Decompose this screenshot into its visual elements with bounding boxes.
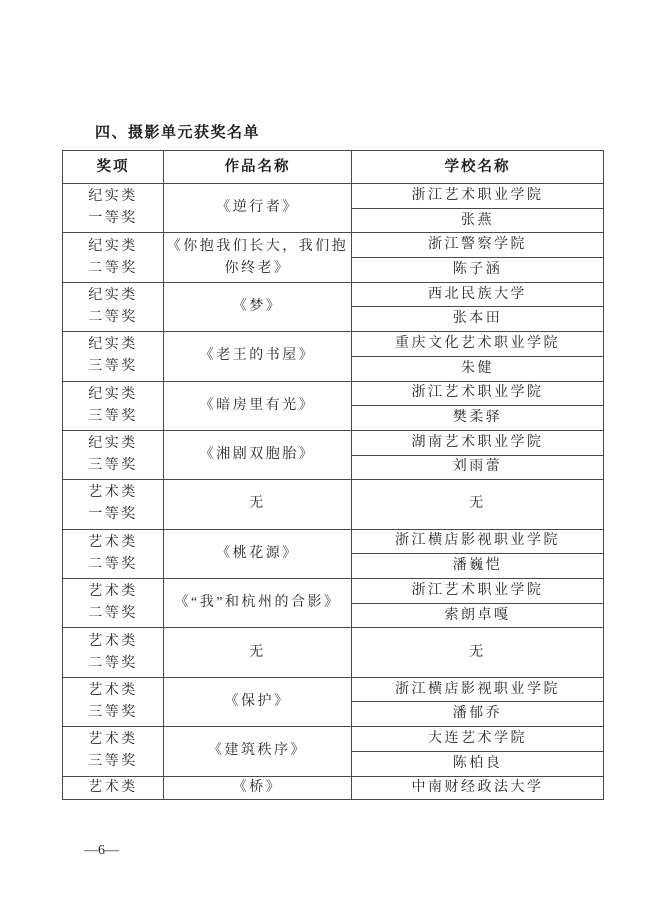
- table-row: 纪实类三等奖《暗房里有光》浙江艺术职业学院: [63, 381, 604, 406]
- award-cell: 纪实类三等奖: [63, 381, 164, 430]
- table-body: 纪实类一等奖《逆行者》浙江艺术职业学院张燕纪实类二等奖《你抱我们长大，我们抱你终…: [63, 184, 604, 800]
- work-title-cell: 《你抱我们长大，我们抱你终老》: [164, 233, 352, 282]
- table-header-row: 奖项 作品名称 学校名称: [63, 151, 604, 184]
- school-cell: 重庆文化艺术职业学院: [352, 332, 604, 357]
- school-cell: 无: [352, 480, 604, 529]
- school-cell: 浙江警察学院: [352, 233, 604, 258]
- award-cell: 艺术类三等奖: [63, 677, 164, 726]
- award-prize: 二等奖: [65, 307, 161, 329]
- award-category: 艺术类: [65, 729, 161, 751]
- award-prize: 一等奖: [65, 504, 161, 526]
- work-title-cell: 《逆行者》: [164, 184, 352, 233]
- author-cell: 陈子涵: [352, 258, 604, 283]
- school-cell: 浙江横店影视职业学院: [352, 677, 604, 702]
- table-row: 纪实类二等奖《梦》西北民族大学: [63, 282, 604, 307]
- work-title-cell: 《暗房里有光》: [164, 381, 352, 430]
- school-cell: 浙江艺术职业学院: [352, 381, 604, 406]
- author-cell: 张本田: [352, 307, 604, 332]
- award-cell: 艺术类二等奖: [63, 628, 164, 677]
- table-row: 纪实类三等奖《湘剧双胞胎》湖南艺术职业学院: [63, 430, 604, 455]
- award-prize: 二等奖: [65, 603, 161, 625]
- school-cell: 湖南艺术职业学院: [352, 430, 604, 455]
- award-category: 艺术类: [65, 777, 161, 799]
- award-prize: 三等奖: [65, 455, 161, 477]
- work-title-cell: 《“我”和杭州的合影》: [164, 579, 352, 628]
- award-prize: 三等奖: [65, 751, 161, 773]
- award-prize: 三等奖: [65, 406, 161, 428]
- table-row: 艺术类二等奖《“我”和杭州的合影》浙江艺术职业学院: [63, 579, 604, 604]
- school-cell: 西北民族大学: [352, 282, 604, 307]
- author-cell: 樊柔驿: [352, 406, 604, 431]
- award-cell: 艺术类三等奖: [63, 727, 164, 776]
- table-row: 纪实类二等奖《你抱我们长大，我们抱你终老》浙江警察学院: [63, 233, 604, 258]
- page-number: —6—: [84, 843, 119, 859]
- school-cell: 浙江艺术职业学院: [352, 579, 604, 604]
- table-row: 纪实类三等奖《老王的书屋》重庆文化艺术职业学院: [63, 332, 604, 357]
- author-cell: 索朗卓嘎: [352, 603, 604, 628]
- author-cell: 陈柏良: [352, 751, 604, 776]
- award-cell: 纪实类一等奖: [63, 184, 164, 233]
- award-prize: 二等奖: [65, 554, 161, 576]
- school-cell: 无: [352, 628, 604, 677]
- table-row: 艺术类《桥》中南财经政法大学: [63, 776, 604, 799]
- work-title-cell: 《建筑秩序》: [164, 727, 352, 776]
- col-header-work: 作品名称: [164, 151, 352, 184]
- work-title-cell: 无: [164, 480, 352, 529]
- award-cell: 纪实类二等奖: [63, 282, 164, 331]
- work-title-cell: 无: [164, 628, 352, 677]
- table-row: 艺术类二等奖无无: [63, 628, 604, 677]
- table-row: 艺术类三等奖《保护》浙江横店影视职业学院: [63, 677, 604, 702]
- award-category: 艺术类: [65, 581, 161, 603]
- work-title-cell: 《桥》: [164, 776, 352, 799]
- award-cell: 纪实类三等奖: [63, 332, 164, 381]
- author-cell: 潘郁乔: [352, 702, 604, 727]
- award-category: 纪实类: [65, 285, 161, 307]
- document-page: 四、摄影单元获奖名单 奖项 作品名称 学校名称 纪实类一等奖《逆行者》浙江艺术职…: [0, 0, 650, 919]
- award-category: 艺术类: [65, 631, 161, 653]
- work-title-cell: 《老王的书屋》: [164, 332, 352, 381]
- work-title-cell: 《保护》: [164, 677, 352, 726]
- table-row: 艺术类一等奖无无: [63, 480, 604, 529]
- award-cell: 艺术类二等奖: [63, 579, 164, 628]
- award-prize: 三等奖: [65, 356, 161, 378]
- author-cell: 朱健: [352, 356, 604, 381]
- award-cell: 艺术类一等奖: [63, 480, 164, 529]
- section-title: 四、摄影单元获奖名单: [95, 121, 260, 142]
- award-cell: 纪实类二等奖: [63, 233, 164, 282]
- award-prize: 一等奖: [65, 208, 161, 230]
- table-header: 奖项 作品名称 学校名称: [63, 151, 604, 184]
- award-category: 纪实类: [65, 433, 161, 455]
- work-title-cell: 《桃花源》: [164, 529, 352, 578]
- col-header-award: 奖项: [63, 151, 164, 184]
- award-category: 纪实类: [65, 236, 161, 258]
- school-cell: 中南财经政法大学: [352, 776, 604, 799]
- award-category: 纪实类: [65, 384, 161, 406]
- award-prize: 二等奖: [65, 258, 161, 280]
- award-cell: 艺术类: [63, 776, 164, 799]
- award-category: 艺术类: [65, 482, 161, 504]
- col-header-school: 学校名称: [352, 151, 604, 184]
- award-prize: 二等奖: [65, 653, 161, 675]
- award-cell: 纪实类三等奖: [63, 430, 164, 479]
- award-cell: 艺术类二等奖: [63, 529, 164, 578]
- work-title-cell: 《梦》: [164, 282, 352, 331]
- table-row: 纪实类一等奖《逆行者》浙江艺术职业学院: [63, 184, 604, 209]
- work-title-cell: 《湘剧双胞胎》: [164, 430, 352, 479]
- award-prize: 三等奖: [65, 702, 161, 724]
- table-row: 艺术类三等奖《建筑秩序》大连艺术学院: [63, 727, 604, 752]
- school-cell: 大连艺术学院: [352, 727, 604, 752]
- school-cell: 浙江艺术职业学院: [352, 184, 604, 209]
- award-category: 纪实类: [65, 334, 161, 356]
- award-category: 纪实类: [65, 186, 161, 208]
- school-cell: 浙江横店影视职业学院: [352, 529, 604, 554]
- author-cell: 张燕: [352, 208, 604, 233]
- table-row: 艺术类二等奖《桃花源》浙江横店影视职业学院: [63, 529, 604, 554]
- award-category: 艺术类: [65, 680, 161, 702]
- award-category: 艺术类: [65, 532, 161, 554]
- author-cell: 刘雨蕾: [352, 455, 604, 480]
- author-cell: 潘巍恺: [352, 554, 604, 579]
- awards-table: 奖项 作品名称 学校名称 纪实类一等奖《逆行者》浙江艺术职业学院张燕纪实类二等奖…: [62, 150, 604, 800]
